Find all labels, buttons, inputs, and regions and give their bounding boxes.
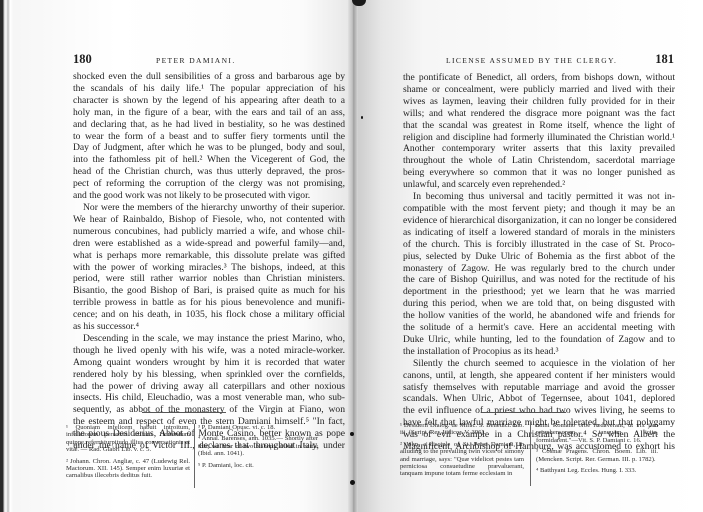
text-line: deportment in the priesthood; yet we lea…	[403, 286, 675, 298]
footnote: ¹ Quoniam infelicem habuit introitum, in…	[66, 424, 190, 454]
footnote-column: ¹ Desiderii Dialog. de Mirac. S. Benedic…	[400, 422, 524, 482]
running-head-title: LICENSE ASSUMED BY THE CLERGY.	[446, 56, 617, 65]
text-line: evidence of hierarchical disorganization…	[403, 215, 675, 227]
page-number: 181	[655, 52, 674, 67]
text-line: canons, until, at length, she appeared c…	[403, 370, 675, 382]
text-line: In becoming thus universal and tacitly p…	[403, 191, 675, 203]
text-line: what is perhaps more remarkable, this di…	[73, 250, 345, 262]
text-line: of the church. This is forcibly illustra…	[403, 239, 675, 251]
footnote: ³ P. Damiani Opusc. vi. c. 18.	[198, 424, 318, 431]
gutter-mark	[350, 480, 355, 485]
text-line: Bisantio, the good Bishop of Bari, is pr…	[73, 285, 345, 297]
text-line: the solitude of a hermit's cave. Here an…	[403, 322, 675, 334]
text-line: insects. His child, Eleuchadio, was a mo…	[73, 392, 345, 404]
text-line: period, were still rather warrior nobles…	[73, 273, 345, 285]
text-line: Silently the church seemed to acquiesce …	[403, 358, 675, 370]
text-line: with the power of working miracles.³ The…	[73, 262, 345, 274]
text-line: wills; and what rendered the disgrace mo…	[403, 108, 675, 120]
text-line: as his successor.⁴	[73, 321, 345, 333]
text-line: dren were established as a wide-spread a…	[73, 238, 345, 250]
text-line: character is shown by the legend of his …	[73, 95, 345, 107]
text-line: the pontificate of Benedict, all orders,…	[403, 72, 675, 84]
text-line: and declaring that, as he had lived in b…	[73, 119, 345, 131]
text-line: Another contemporary writer asserts that…	[403, 143, 675, 155]
text-line: holy man, in the figure of a bear, with …	[73, 107, 345, 119]
footnote: ⁴ Annal. Barenses, ann. 1035.— Shortly a…	[198, 435, 318, 457]
text-line: rendered holy by his blessing, when spri…	[73, 369, 345, 381]
text-line: head of the Christian church, was thus u…	[73, 166, 345, 178]
text-line: being everywhere so common that it was n…	[403, 167, 675, 179]
left-body-text: shocked even the dull sensibilities of a…	[73, 71, 345, 452]
text-line: into the fathomless pit of hell.² When t…	[73, 154, 345, 166]
footnote-column: ³ P. Damiani Opusc. vi. c. 18.⁴ Annal. B…	[198, 424, 318, 473]
text-line: had the power of driving away all caterp…	[73, 381, 345, 393]
text-line: pius, selected by Duke Ulric of Bohemia …	[403, 251, 675, 263]
text-line: the care of Bishop Quirillus, and was no…	[403, 274, 675, 286]
text-line: as indicating of itself a lowered standa…	[403, 227, 675, 239]
footnote: ² John, a disciple of St. Peter Damiani,…	[400, 441, 524, 478]
text-line: that the scandal was greatest in Rome it…	[403, 120, 675, 132]
text-line: scandals. When Ulric, Abbot of Tegernsee…	[403, 393, 675, 405]
text-line: Nor were the members of the hierarchy un…	[73, 202, 345, 214]
text-line: pect of reforming the corruption of the …	[73, 178, 345, 190]
text-line: compatible with the most fervent piety; …	[403, 203, 675, 215]
text-line: sequently, as abbot of the monastery of …	[73, 404, 345, 416]
text-line: Duke Ulric, while hunting, led to the fo…	[403, 334, 675, 346]
text-line: Among quaint wonders wrought by him it i…	[73, 357, 345, 369]
text-line: Day of Judgment, after which he was to b…	[73, 142, 345, 154]
footnote-divider	[530, 422, 531, 486]
text-line: wives as laymen, leaving their children …	[403, 96, 675, 108]
gutter-mark	[361, 116, 363, 119]
footnote: ⁴ Batthyani Leg. Eccles. Hung. I. 333.	[536, 467, 658, 474]
gutter-mark	[350, 432, 354, 436]
text-line: shame or concealment, were publicly marr…	[403, 84, 675, 96]
footnote: ² Johann. Chron. Angliæ, c. 47 (Ludewig …	[66, 458, 190, 480]
footnote: ³ Cosmæ Pragens. Chron. Boem. Lib. iii. …	[536, 448, 658, 463]
text-line: shocked even the dull sensibilities of a…	[73, 71, 345, 83]
text-line: cence; and on his death, in 1035, his fl…	[73, 309, 345, 321]
footnote: ¹ Desiderii Dialog. de Mirac. S. Benedic…	[400, 422, 524, 437]
book-spread: 180 PETER DAMIANI. shocked even the dull…	[0, 0, 703, 512]
right-footnotes: ¹ Desiderii Dialog. de Mirac. S. Benedic…	[400, 422, 680, 502]
text-line: religion and discipline had formerly ill…	[403, 132, 675, 144]
running-head-title: PETER DAMIANI.	[156, 56, 236, 65]
footnote: ⁵ P. Damiani, loc. cit.	[198, 462, 318, 469]
text-line: during this period, when we are told tha…	[403, 298, 675, 310]
left-footnotes: ¹ Quoniam infelicem habuit introitum, in…	[66, 424, 348, 504]
footnote-rule	[482, 412, 566, 413]
text-line: though he lived openly with his wife, wa…	[73, 345, 345, 357]
text-line: the scandals of his daily life.¹ The pop…	[73, 83, 345, 95]
text-line: to wear the form of a beast and to suffe…	[73, 131, 345, 143]
book-edge	[0, 0, 14, 512]
text-line: numerous concubines, had publicly marrie…	[73, 226, 345, 238]
page-number: 180	[73, 52, 92, 67]
text-line: terrible prowess in battle as for his pi…	[73, 297, 345, 309]
text-line: Descending in the scale, we may instance…	[73, 333, 345, 345]
text-line: the installation of Procopius as its hea…	[403, 346, 675, 358]
text-line: satisfy themselves with reputable marria…	[403, 382, 675, 394]
text-line: throughout the whole of Latin Christendo…	[403, 155, 675, 167]
text-line: We hear of Rainbaldo, Bishop of Fiesole,…	[73, 214, 345, 226]
text-line: unlawful, and scarcely even reprehended.…	[403, 179, 675, 191]
text-line: and the good work was not likely to be p…	[73, 190, 345, 202]
footnote-column: omni Romano orbe fœdaverant, ut vix jam …	[536, 422, 658, 478]
footnote-column: ¹ Quoniam infelicem habuit introitum, in…	[66, 424, 190, 484]
footnote-rule	[142, 412, 226, 413]
right-body-text: the pontificate of Benedict, all orders,…	[403, 72, 675, 453]
text-line: monastery of Zagow. He was regularly bre…	[403, 263, 675, 275]
footnote-divider	[194, 424, 195, 488]
text-line: the hollow vanities of the world, he aba…	[403, 310, 675, 322]
footnote: omni Romano orbe fœdaverant, ut vix jam …	[536, 422, 658, 444]
